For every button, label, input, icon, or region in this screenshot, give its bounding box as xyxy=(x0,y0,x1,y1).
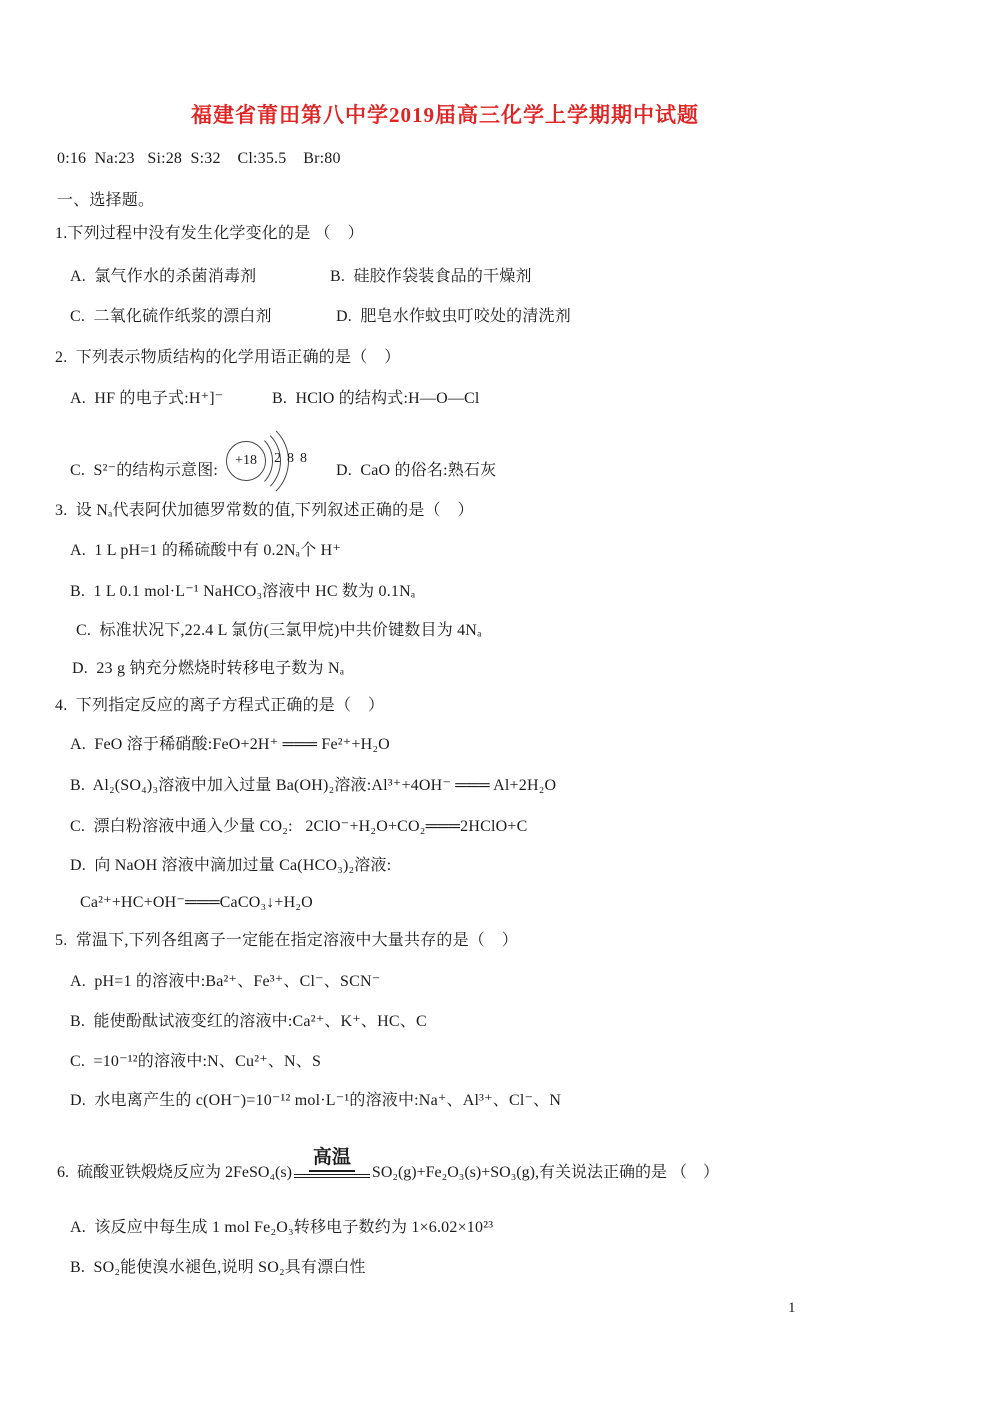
exam-title: 福建省莆田第八中学2019届高三化学上学期期中试题 xyxy=(30,99,860,129)
question-2-option-b: B. HClO 的结构式:H—O—Cl xyxy=(272,388,480,410)
atomic-mass-line: 0:16 Na:23 Si:28 S:32 Cl:35.5 Br:80 xyxy=(57,148,341,170)
question-5-option-a: A. pH=1 的溶液中:Ba²⁺、Fe³⁺、Cl⁻、SCN⁻ xyxy=(70,971,380,993)
page-number: 1 xyxy=(788,1300,796,1317)
question-2-stem: 2. 下列表示物质结构的化学用语正确的是（ ） xyxy=(55,347,400,369)
question-5-option-c: C. =10⁻¹²的溶液中:N、Cu²⁺、N、S xyxy=(70,1051,321,1073)
question-1-option-a: A. 氯气作水的杀菌消毒剂 xyxy=(70,266,256,288)
question-4-option-a: A. FeO 溶于稀硝酸:FeO+2H⁺ ═══ Fe²⁺+H₂O xyxy=(70,734,390,756)
exam-document-page: 福建省莆田第八中学2019届高三化学上学期期中试题 0:16 Na:23 Si:… xyxy=(0,0,992,1403)
shell-electron-count: 2 xyxy=(274,451,281,467)
question-3-option-d: D. 23 g 钠充分燃烧时转移电子数为 Nₐ xyxy=(72,658,344,680)
question-3-option-c: C. 标准状况下,22.4 L 氯仿(三氯甲烷)中共价键数目为 4Nₐ xyxy=(76,620,482,642)
shell-electron-count: 8 xyxy=(287,451,294,467)
shell-electron-count: 8 xyxy=(300,451,307,467)
question-6-stem: 6. 硫酸亚铁煅烧反应为 2FeSO₄(s) 高温 SO₂(g)+Fe₂O₃(s… xyxy=(57,1147,719,1184)
question-4-stem: 4. 下列指定反应的离子方程式正确的是（ ） xyxy=(55,695,384,717)
question-4-option-b: B. Al₂(SO₄)₃溶液中加入过量 Ba(OH)₂溶液:Al³⁺+4OH⁻ … xyxy=(70,775,556,797)
question-5-option-b: B. 能使酚酞试液变红的溶液中:Ca²⁺、K⁺、HC、C xyxy=(70,1011,427,1033)
reaction-condition-stack: 高温 xyxy=(294,1147,370,1184)
question-2-option-a: A. HF 的电子式:H⁺]⁻ xyxy=(70,388,223,410)
question-4-option-d-equation: Ca²⁺+HC+OH⁻═══CaCO₃↓+H₂O xyxy=(80,892,313,914)
question-1-option-d: D. 肥皂水作蚊虫叮咬处的清洗剂 xyxy=(336,306,571,328)
question-6-option-a: A. 该反应中每生成 1 mol Fe₂O₃转移电子数约为 1×6.02×10²… xyxy=(70,1217,493,1239)
question-1-option-b: B. 硅胶作袋装食品的干燥剂 xyxy=(330,266,532,288)
question-6-stem-prefix: 6. 硫酸亚铁煅烧反应为 2FeSO₄(s) xyxy=(57,1162,292,1184)
question-4-option-c: C. 漂白粉溶液中通入少量 CO₂: 2ClO⁻+H₂O+CO₂═══2HClO… xyxy=(70,816,528,838)
question-6-option-b: B. SO₂能使溴水褪色,说明 SO₂具有漂白性 xyxy=(70,1257,366,1279)
question-3-stem: 3. 设 Nₐ代表阿伏加德罗常数的值,下列叙述正确的是（ ） xyxy=(55,500,474,522)
atom-structure-diagram: +18 2 8 8 xyxy=(224,420,344,502)
question-5-option-d: D. 水电离产生的 c(OH⁻)=10⁻¹² mol·L⁻¹的溶液中:Na⁺、A… xyxy=(70,1090,561,1112)
question-6-stem-suffix: SO₂(g)+Fe₂O₃(s)+SO₃(g),有关说法正确的是 （ ） xyxy=(372,1162,719,1184)
question-5-stem: 5. 常温下,下列各组离子一定能在指定溶液中大量共存的是（ ） xyxy=(55,930,518,952)
question-3-option-a: A. 1 L pH=1 的稀硫酸中有 0.2Nₐ个 H⁺ xyxy=(70,540,341,562)
section-heading: 一、选择题。 xyxy=(57,190,154,212)
question-2-option-c: C. S²⁻的结构示意图: xyxy=(70,460,218,482)
question-3-option-b: B. 1 L 0.1 mol·L⁻¹ NaHCO₃溶液中 HC 数为 0.1Nₐ xyxy=(70,581,415,603)
question-2-option-d: D. CaO 的俗名:熟石灰 xyxy=(336,460,496,482)
question-1-option-c: C. 二氧化硫作纸浆的漂白剂 xyxy=(70,306,272,328)
question-4-option-d: D. 向 NaOH 溶液中滴加过量 Ca(HCO₃)₂溶液: xyxy=(70,855,391,877)
reaction-condition-label: 高温 xyxy=(309,1147,355,1172)
reaction-equals-line xyxy=(294,1174,370,1178)
question-1-stem: 1.下列过程中没有发生化学变化的是 （ ） xyxy=(55,223,364,245)
